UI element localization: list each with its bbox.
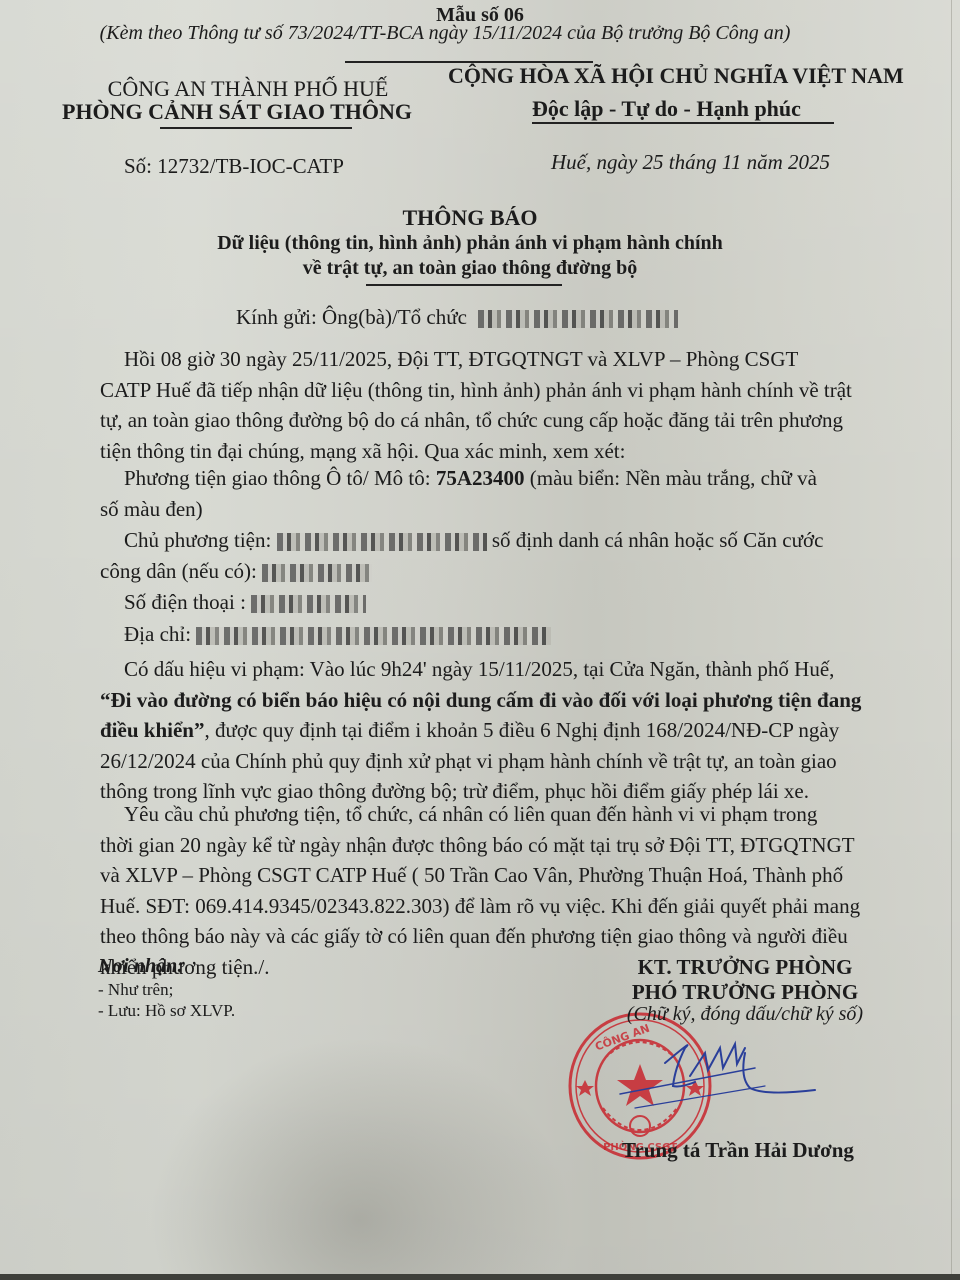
phone-label: Số điện thoại :	[124, 590, 246, 614]
nation-line1: CỘNG HÒA XÃ HỘI CHỦ NGHĨA VIỆT NAM	[448, 63, 904, 89]
intro-line: Hồi 08 giờ 30 ngày 25/11/2025, Đội TT, Đ…	[100, 344, 876, 375]
owner-id-redacted	[262, 564, 372, 582]
recipients-title: Nơi nhận:	[98, 955, 184, 978]
violation-behavior-end: điều khiển”	[100, 718, 204, 742]
title-underline	[366, 284, 562, 286]
recipient-label: Kính gửi: Ông(bà)/Tổ chức	[236, 305, 467, 329]
signature-note: (Chữ ký, đóng dấu/chữ ký số)	[600, 1003, 890, 1026]
owner-id-label-cont: công dân (nếu có):	[100, 559, 257, 583]
plate-color: (màu biển: Nền màu trắng, chữ và	[530, 466, 817, 490]
table-surface	[0, 1274, 960, 1280]
owner-label: Chủ phương tiện:	[124, 528, 271, 552]
nation-line2: Độc lập - Tự do - Hạnh phúc	[532, 96, 801, 122]
owner-id-line: công dân (nếu có):	[100, 556, 876, 587]
phone-redacted	[251, 595, 366, 613]
request-line: thời gian 20 ngày kể từ ngày nhận được t…	[100, 830, 876, 861]
address-redacted	[196, 627, 551, 645]
document-title: THÔNG BÁO	[0, 205, 940, 231]
signature-title-1: KT. TRƯỞNG PHÒNG	[600, 955, 890, 980]
place-date: Huế, ngày 25 tháng 11 năm 2025	[551, 150, 830, 175]
owner-name-redacted	[277, 533, 487, 551]
owner-id-label: số định danh cá nhân hoặc số Căn cước	[492, 528, 824, 552]
violation-line: 26/12/2024 của Chính phủ quy định xử phạ…	[100, 746, 876, 777]
form-note: (Kèm theo Thông tư số 73/2024/TT-BCA ngà…	[0, 22, 890, 45]
recipient-line: Kính gửi: Ông(bà)/Tổ chức	[236, 305, 678, 330]
vehicle-line: Phương tiện giao thông Ô tô/ Mô tô: 75A2…	[100, 463, 876, 494]
intro-paragraph: Hồi 08 giờ 30 ngày 25/11/2025, Đội TT, Đ…	[100, 344, 876, 466]
phone-line: Số điện thoại :	[124, 590, 366, 615]
agency-underline	[160, 127, 352, 129]
violation-line: điều khiển”, được quy định tại điểm i kh…	[100, 715, 876, 746]
violation-legal-basis: , được quy định tại điểm i khoản 5 điều …	[204, 718, 839, 742]
plate-color-cont: số màu đen)	[100, 494, 876, 525]
recipient-name-redacted	[478, 310, 678, 328]
vehicle-paragraph: Phương tiện giao thông Ô tô/ Mô tô: 75A2…	[100, 463, 876, 524]
intro-line: tiện thông tin đại chúng, mạng xã hội. Q…	[100, 436, 876, 467]
owner-paragraph: Chủ phương tiện: số định danh cá nhân ho…	[100, 525, 876, 586]
intro-line: tự, an toàn giao thông đường bộ do cá nh…	[100, 405, 876, 436]
document-subtitle-1: Dữ liệu (thông tin, hình ảnh) phản ánh v…	[0, 232, 940, 255]
address-label: Địa chỉ:	[124, 622, 191, 646]
signature-title-2: PHÓ TRƯỞNG PHÒNG	[600, 980, 890, 1005]
recipient-item: - Như trên;	[98, 980, 173, 1000]
recipient-item: - Lưu: Hồ sơ XLVP.	[98, 1001, 235, 1021]
signer-name: Trung tá Trần Hải Dương	[622, 1138, 854, 1163]
violation-behavior: “Đi vào đường có biển báo hiệu có nội du…	[100, 685, 876, 716]
violation-line: Có dấu hiệu vi phạm: Vào lúc 9h24' ngày …	[100, 654, 876, 685]
intro-line: CATP Huế đã tiếp nhận dữ liệu (thông tin…	[100, 375, 876, 406]
request-line: Yêu cầu chủ phương tiện, tổ chức, cá nhâ…	[100, 799, 876, 830]
owner-line: Chủ phương tiện: số định danh cá nhân ho…	[100, 525, 876, 556]
license-plate: 75A23400	[436, 466, 525, 490]
nation-underline	[532, 122, 834, 124]
request-line: Huế. SĐT: 069.414.9345/02343.822.303) để…	[100, 891, 876, 922]
request-line: và XLVP – Phòng CSGT CATP Huế ( 50 Trần …	[100, 860, 876, 891]
violation-paragraph: Có dấu hiệu vi phạm: Vào lúc 9h24' ngày …	[100, 654, 876, 807]
address-line: Địa chỉ:	[124, 622, 551, 647]
document-number: Số: 12732/TB-IOC-CATP	[124, 154, 344, 179]
page-edge	[951, 0, 952, 1280]
vehicle-label: Phương tiện giao thông Ô tô/ Mô tô:	[124, 466, 431, 490]
request-line: theo thông báo này và các giấy tờ có liê…	[100, 921, 876, 952]
agency-line2: PHÒNG CẢNH SÁT GIAO THÔNG	[62, 99, 412, 125]
document-subtitle-2: về trật tự, an toàn giao thông đường bộ	[0, 257, 940, 280]
